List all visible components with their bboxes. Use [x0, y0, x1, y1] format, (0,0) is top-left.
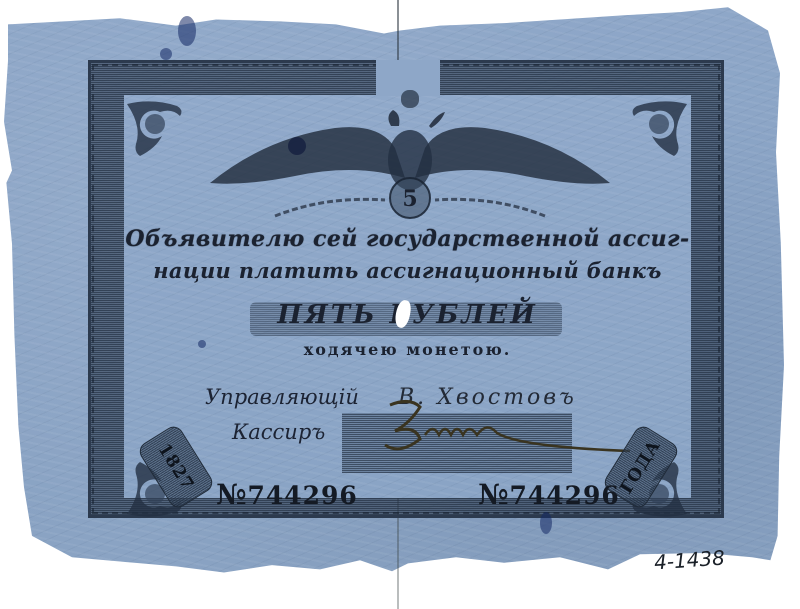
ink-stain: [540, 512, 552, 534]
text-line-2: нации платить ассигнационный банкъ: [124, 258, 691, 283]
cashier-label: Кассиръ: [232, 420, 325, 444]
manager-label: Управляющій: [205, 385, 359, 409]
serial-number-left: №744296: [216, 478, 358, 511]
cashier-signature-ink: [370, 395, 640, 470]
ink-stain: [178, 16, 196, 46]
ink-stain: [160, 48, 172, 60]
year-text: 1827: [154, 440, 198, 494]
serial-number-right: №744296: [478, 478, 620, 511]
text-line-1: Объявителю сей государственной ассиг-: [124, 226, 691, 252]
double-headed-eagle-emblem: 5: [205, 88, 615, 228]
corner-ornament-top-right: [622, 96, 692, 166]
serial-digits: 744296: [509, 481, 619, 510]
ink-stain: [198, 340, 206, 348]
corner-ornament-top-left: [122, 96, 192, 166]
currency-text: ходячею монетою.: [124, 340, 691, 359]
numero-sign: №: [216, 478, 247, 511]
serial-digits: 744296: [247, 481, 357, 510]
handwritten-inventory-mark: 4-1438: [653, 546, 725, 575]
denomination-numeral: 5: [402, 186, 417, 212]
numero-sign: №: [478, 478, 509, 511]
